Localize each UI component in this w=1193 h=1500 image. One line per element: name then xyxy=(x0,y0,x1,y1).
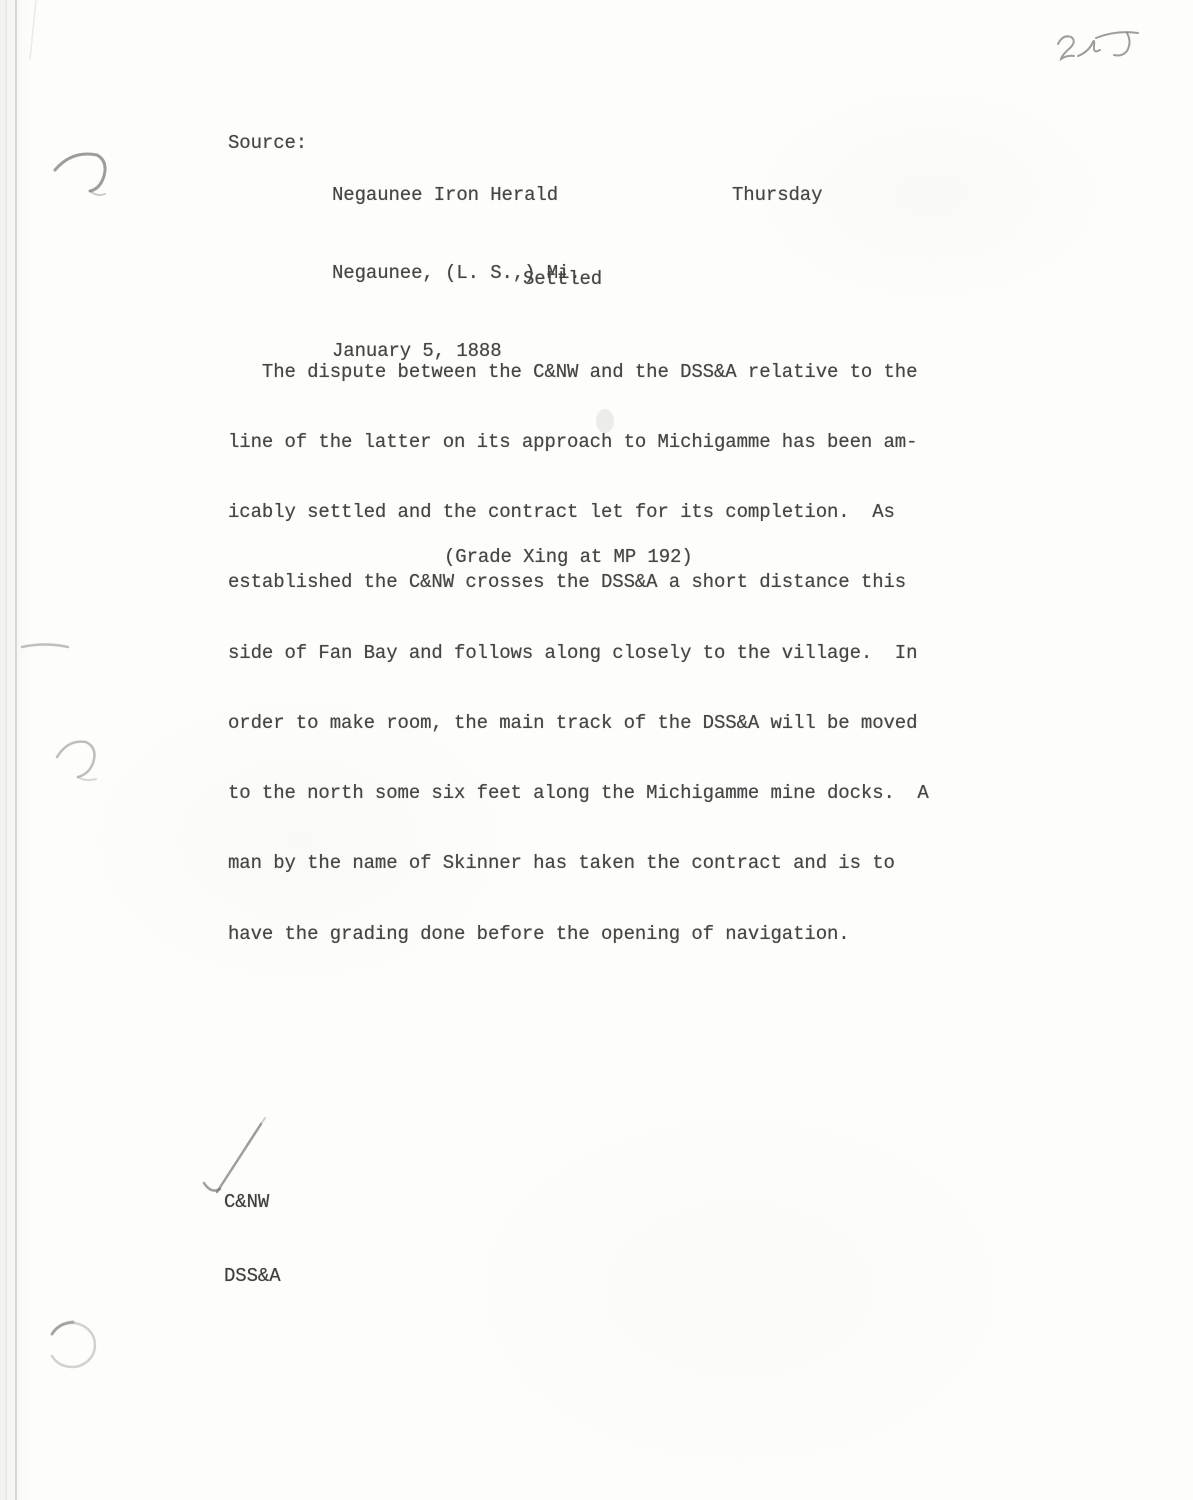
article-title: Settled xyxy=(523,266,602,292)
punch-ring-bottom-left xyxy=(52,1322,95,1367)
body-line: to the north some six feet along the Mic… xyxy=(228,782,929,805)
body-line: have the grading done before the opening… xyxy=(228,923,929,946)
body-line: side of Fan Bay and follows along closel… xyxy=(228,642,929,665)
body-line: icably settled and the contract let for … xyxy=(228,501,929,524)
body-line: order to make room, the main track of th… xyxy=(228,712,929,735)
weekday: Thursday xyxy=(732,182,822,208)
index-mark-cnw: C&NW xyxy=(224,1190,281,1215)
pencil-scribble xyxy=(1058,32,1138,59)
body-line: line of the latter on its approach to Mi… xyxy=(228,431,929,454)
crease-dash-left xyxy=(22,645,68,648)
milepost-note: (Grade Xing at MP 192) xyxy=(444,544,693,570)
index-marks: C&NW DSS&A xyxy=(224,1141,281,1337)
body-line: man by the name of Skinner has taken the… xyxy=(228,852,929,875)
source-label: Source: xyxy=(228,130,307,156)
body-line: established the C&NW crosses the DSS&A a… xyxy=(228,571,929,594)
crease-mark-mid-left xyxy=(57,742,96,781)
index-mark-dssa: DSS&A xyxy=(224,1264,281,1289)
document-page: Source: Negaunee Iron Herald Negaunee, (… xyxy=(0,0,1193,1500)
article-body: The dispute between the C&NW and the DSS… xyxy=(228,314,929,993)
publication-name: Negaunee Iron Herald xyxy=(332,182,581,208)
page-edge-line xyxy=(6,0,36,1500)
crease-mark-top-left xyxy=(55,154,105,195)
body-line: The dispute between the C&NW and the DSS… xyxy=(228,361,929,384)
